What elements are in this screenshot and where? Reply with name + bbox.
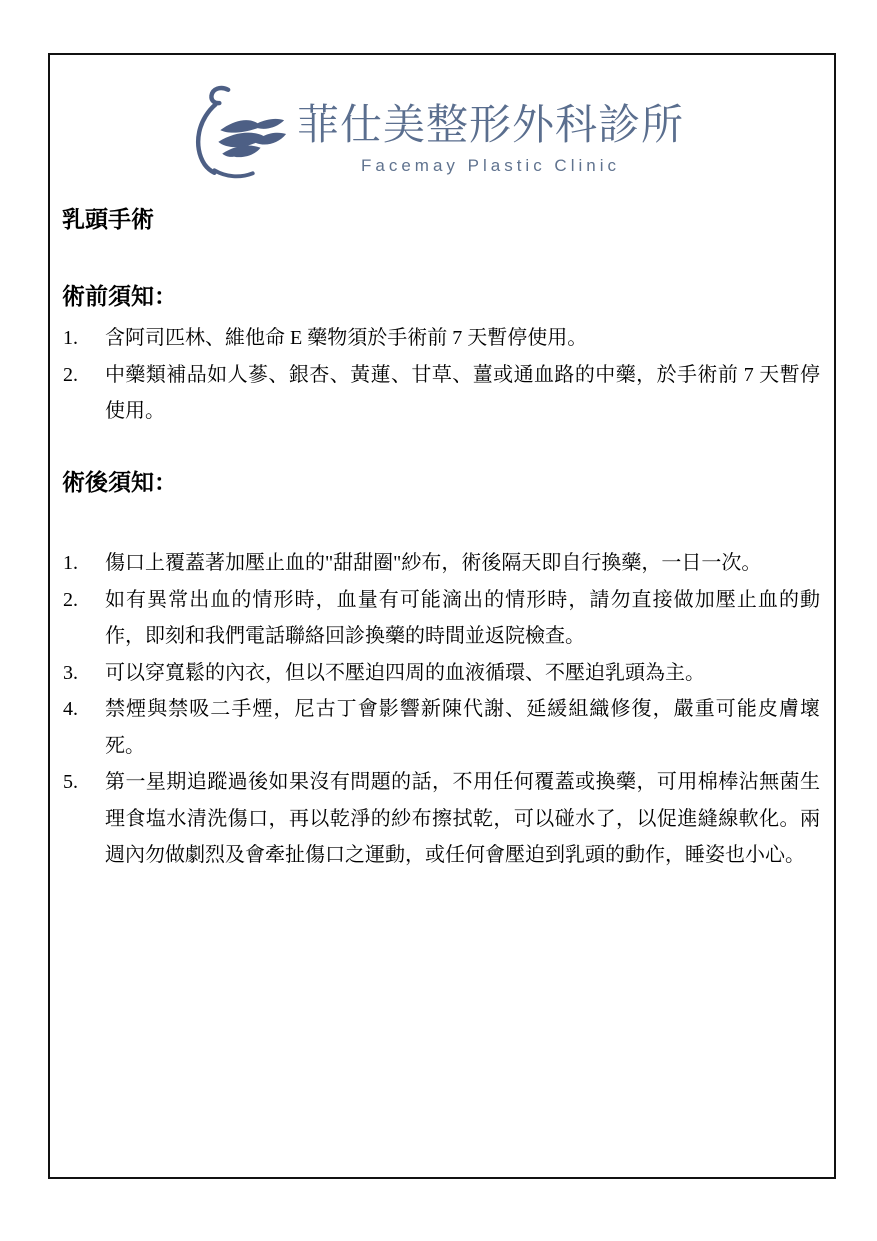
list-item-number: 1. <box>63 545 78 582</box>
clinic-name-english: Facemay Plastic Clinic <box>361 156 620 176</box>
list-item-text: 傷口上覆蓋著加壓止血的"甜甜圈"紗布，術後隔天即自行換藥，一日一次。 <box>105 552 761 574</box>
swan-icon <box>183 84 291 184</box>
list-item-text: 第一星期追蹤過後如果沒有問題的話，不用任何覆蓋或換藥，可用棉棒沾無菌生理食塩水清… <box>105 771 820 866</box>
list-item: 1. 含阿司匹林、維他命 E 藥物須於手術前 7 天暫停使用。 <box>62 320 820 357</box>
list-item-number: 2. <box>63 357 78 394</box>
list-item: 1. 傷口上覆蓋著加壓止血的"甜甜圈"紗布，術後隔天即自行換藥，一日一次。 <box>62 545 820 582</box>
list-item: 4. 禁煙與禁吸二手煙，尼古丁會影響新陳代謝、延緩組織修復，嚴重可能皮膚壞死。 <box>62 691 820 764</box>
list-item: 2. 中藥類補品如人蔘、銀杏、黃蓮、甘草、薑或通血路的中藥，於手術前 7 天暫停… <box>62 357 820 430</box>
clinic-logo-text: 菲仕美整形外科診所 Facemay Plastic Clinic <box>297 92 684 176</box>
document-title: 乳頭手術 <box>62 204 154 236</box>
list-item-text: 禁煙與禁吸二手煙，尼古丁會影響新陳代謝、延緩組織修復，嚴重可能皮膚壞死。 <box>105 698 820 757</box>
list-item-text: 中藥類補品如人蔘、銀杏、黃蓮、甘草、薑或通血路的中藥，於手術前 7 天暫停使用。 <box>105 364 820 423</box>
list-item-number: 4. <box>63 691 78 728</box>
clinic-name-chinese: 菲仕美整形外科診所 <box>297 92 684 152</box>
list-item-text: 含阿司匹林、維他命 E 藥物須於手術前 7 天暫停使用。 <box>105 327 587 349</box>
section-heading-preop: 術前須知： <box>62 281 177 313</box>
list-item-number: 3. <box>63 655 78 692</box>
list-item-number: 2. <box>63 582 78 619</box>
list-item: 3. 可以穿寬鬆的內衣，但以不壓迫四周的血液循環、不壓迫乳頭為主。 <box>62 655 820 692</box>
postop-notes-list: 1. 傷口上覆蓋著加壓止血的"甜甜圈"紗布，術後隔天即自行換藥，一日一次。 2.… <box>62 545 820 874</box>
list-item-text: 如有異常出血的情形時，血量有可能滴出的情形時，請勿直接做加壓止血的動作，即刻和我… <box>105 589 820 648</box>
list-item: 5. 第一星期追蹤過後如果沒有問題的話，不用任何覆蓋或換藥，可用棉棒沾無菌生理食… <box>62 764 820 874</box>
list-item-text: 可以穿寬鬆的內衣，但以不壓迫四周的血液循環、不壓迫乳頭為主。 <box>105 662 705 684</box>
clinic-logo: 菲仕美整形外科診所 Facemay Plastic Clinic <box>183 84 684 184</box>
list-item: 2. 如有異常出血的情形時，血量有可能滴出的情形時，請勿直接做加壓止血的動作，即… <box>62 582 820 655</box>
section-heading-postop: 術後須知： <box>62 467 177 499</box>
list-item-number: 5. <box>63 764 78 801</box>
list-item-number: 1. <box>63 320 78 357</box>
preop-notes-list: 1. 含阿司匹林、維他命 E 藥物須於手術前 7 天暫停使用。 2. 中藥類補品… <box>62 320 820 430</box>
